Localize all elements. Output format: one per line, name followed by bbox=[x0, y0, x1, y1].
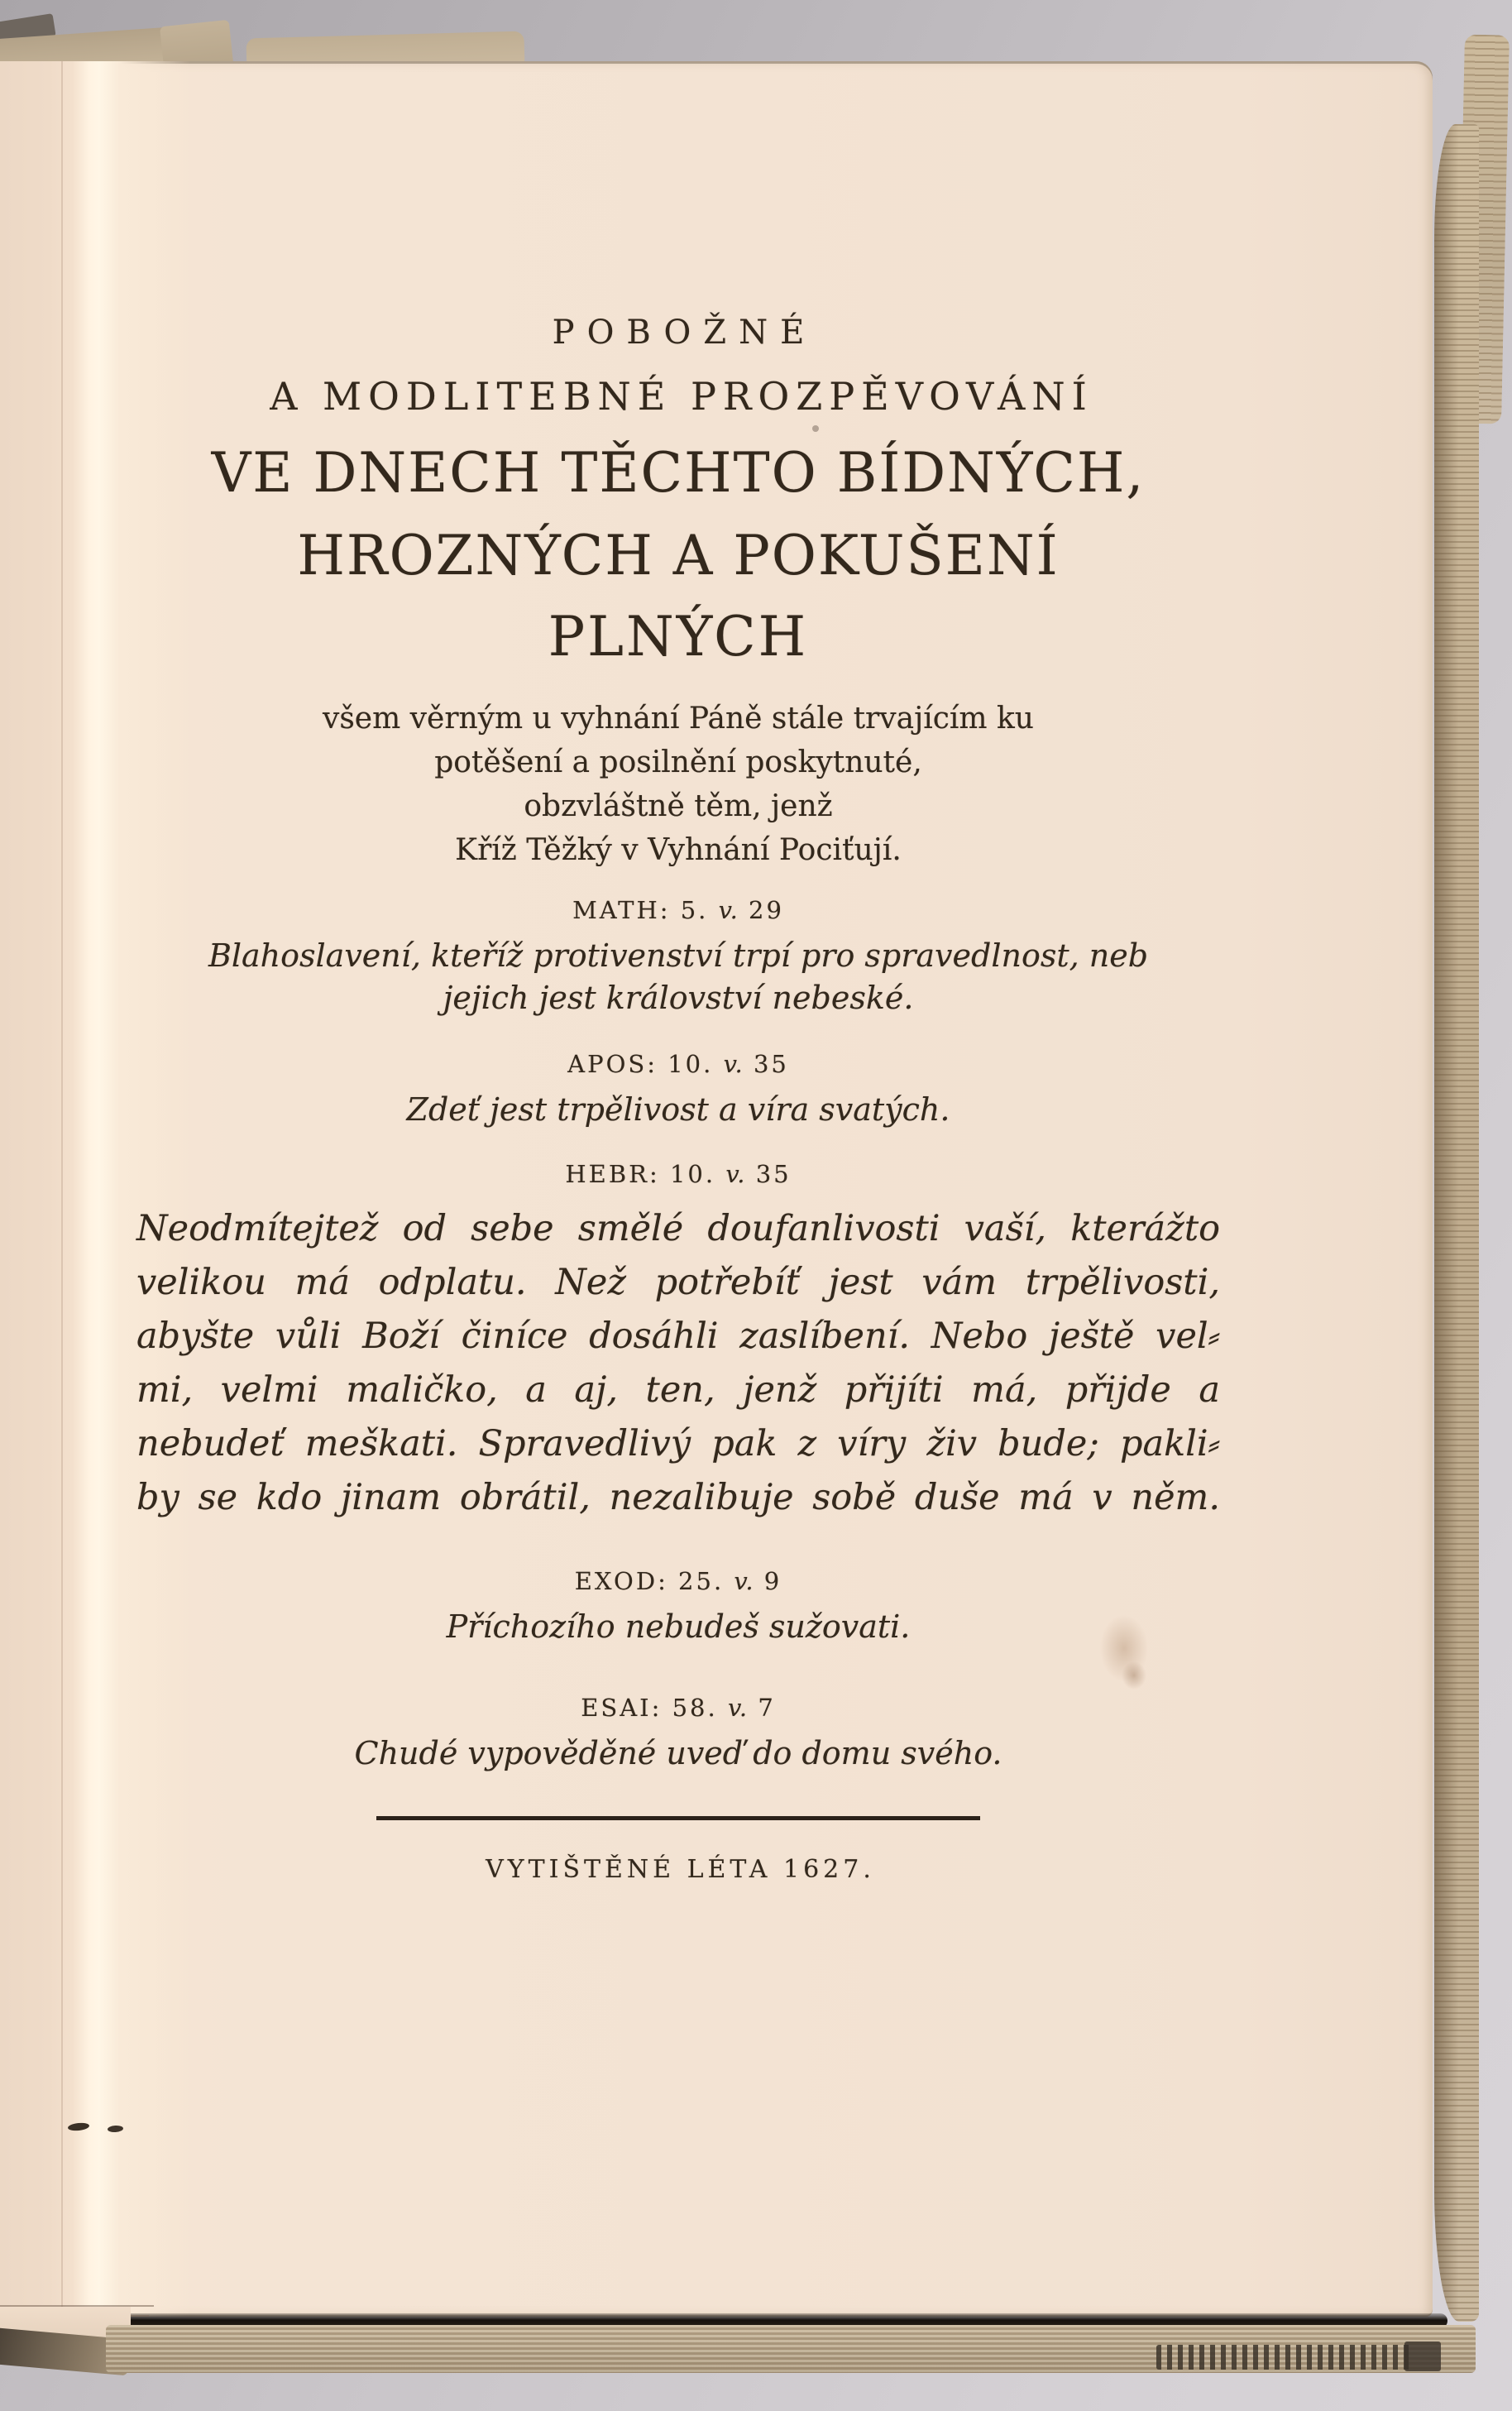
verse-block: Zdeť jest trpělivost a víra svatých. bbox=[136, 1089, 1220, 1131]
gutter-crease bbox=[61, 61, 63, 2317]
verse-line: Blahoslavení, kteříž protivenství trpí p… bbox=[136, 935, 1220, 977]
paper-stain bbox=[1122, 1661, 1146, 1690]
citation-number: 35 bbox=[756, 1160, 792, 1188]
verse-paragraph: Neodmítejtež od sebe smělé doufanlivosti… bbox=[136, 1202, 1220, 1525]
verse-block: Chudé vypověděné uveď do domu svého. bbox=[136, 1733, 1220, 1775]
fore-edge-print-marks bbox=[1404, 2341, 1441, 2371]
citation-book: EXOD: 25. bbox=[575, 1567, 724, 1595]
verse-line: Neodmítejtež od sebe smělé doufanlivosti… bbox=[136, 1202, 1220, 1256]
citation-book: MATH: 5. bbox=[572, 896, 708, 924]
title-line: VE DNECH TĚCHTO BÍDNÝCH, bbox=[136, 442, 1220, 505]
verse-line: abyšte vůli Boží činíce dosáhli zaslíben… bbox=[136, 1310, 1220, 1364]
scripture-citation-esai: ESAI: 58. v. 7 bbox=[136, 1693, 1220, 1723]
paper-speck bbox=[812, 425, 819, 432]
scripture-citation-math: MATH: 5. v. 29 bbox=[136, 895, 1220, 925]
verse-line: velikou má odplatu. Než potřebíť jest vá… bbox=[136, 1256, 1220, 1310]
verse-line: Zdeť jest trpělivost a víra svatých. bbox=[136, 1089, 1220, 1131]
citation-number: 35 bbox=[754, 1050, 789, 1078]
verse-block: Příchozího nebudeš sužovati. bbox=[136, 1606, 1220, 1648]
citation-verse-abbr: v. bbox=[724, 1050, 744, 1078]
verse-line: by se kdo jinam obrátil, nezalibuje sobě… bbox=[136, 1471, 1220, 1525]
citation-book: ESAI: 58. bbox=[581, 1694, 718, 1722]
page-block-edge-right bbox=[1434, 124, 1479, 2322]
verse-line: jejich jest království nebeské. bbox=[136, 977, 1220, 1019]
title-page-content: POBOŽNÉ A MODLITEBNÉ PROZPĚVOVÁNÍ VE DNE… bbox=[136, 313, 1220, 1886]
verse-line: mi, velmi maličko, a aj, ten, jenž přijí… bbox=[136, 1364, 1220, 1417]
fore-edge-print-marks bbox=[1156, 2345, 1414, 2370]
citation-book: HEBR: 10. bbox=[565, 1160, 715, 1188]
divider-rule bbox=[376, 1816, 980, 1820]
citation-verse-abbr: v. bbox=[734, 1567, 754, 1595]
book-scan: POBOŽNÉ A MODLITEBNÉ PROZPĚVOVÁNÍ VE DNE… bbox=[0, 0, 1512, 2411]
scripture-citation-apos: APOS: 10. v. 35 bbox=[136, 1049, 1220, 1079]
subtitle-line: Kříž Těžký v Vyhnání Pociťují. bbox=[136, 828, 1220, 872]
citation-number: 9 bbox=[764, 1567, 782, 1595]
citation-verse-abbr: v. bbox=[725, 1160, 745, 1188]
subtitle-line: všem věrným u vyhnání Páně stále trvajíc… bbox=[136, 697, 1220, 741]
citation-verse-abbr: v. bbox=[728, 1694, 748, 1722]
scripture-citation-exod: EXOD: 25. v. 9 bbox=[136, 1566, 1220, 1596]
verse-line: nebudeť meškati. Spravedlivý pak z víry … bbox=[136, 1417, 1220, 1471]
title-line: A MODLITEBNÉ PROZPĚVOVÁNÍ bbox=[136, 374, 1220, 419]
title-line: PLNÝCH bbox=[136, 606, 1220, 669]
citation-number: 29 bbox=[749, 896, 784, 924]
imprint-line: VYTIŠTĚNÉ LÉTA 1627. bbox=[136, 1853, 1220, 1886]
citation-verse-abbr: v. bbox=[719, 896, 739, 924]
scripture-citation-hebr: HEBR: 10. v. 35 bbox=[136, 1159, 1220, 1189]
citation-book: APOS: 10. bbox=[567, 1050, 713, 1078]
citation-number: 7 bbox=[758, 1694, 775, 1722]
subtitle-line: potěšení a posilnění poskytnuté, bbox=[136, 741, 1220, 784]
verse-line: Příchozího nebudeš sužovati. bbox=[136, 1606, 1220, 1648]
subtitle: všem věrným u vyhnání Páně stále trvajíc… bbox=[136, 697, 1220, 872]
verse-block: Blahoslavení, kteříž protivenství trpí p… bbox=[136, 935, 1220, 1019]
subtitle-line: obzvláštně těm, jenž bbox=[136, 784, 1220, 828]
verse-line: Chudé vypověděné uveď do domu svého. bbox=[136, 1733, 1220, 1775]
title-line: POBOŽNÉ bbox=[136, 313, 1220, 352]
title-line: HROZNÝCH A POKUŠENÍ bbox=[136, 525, 1220, 587]
